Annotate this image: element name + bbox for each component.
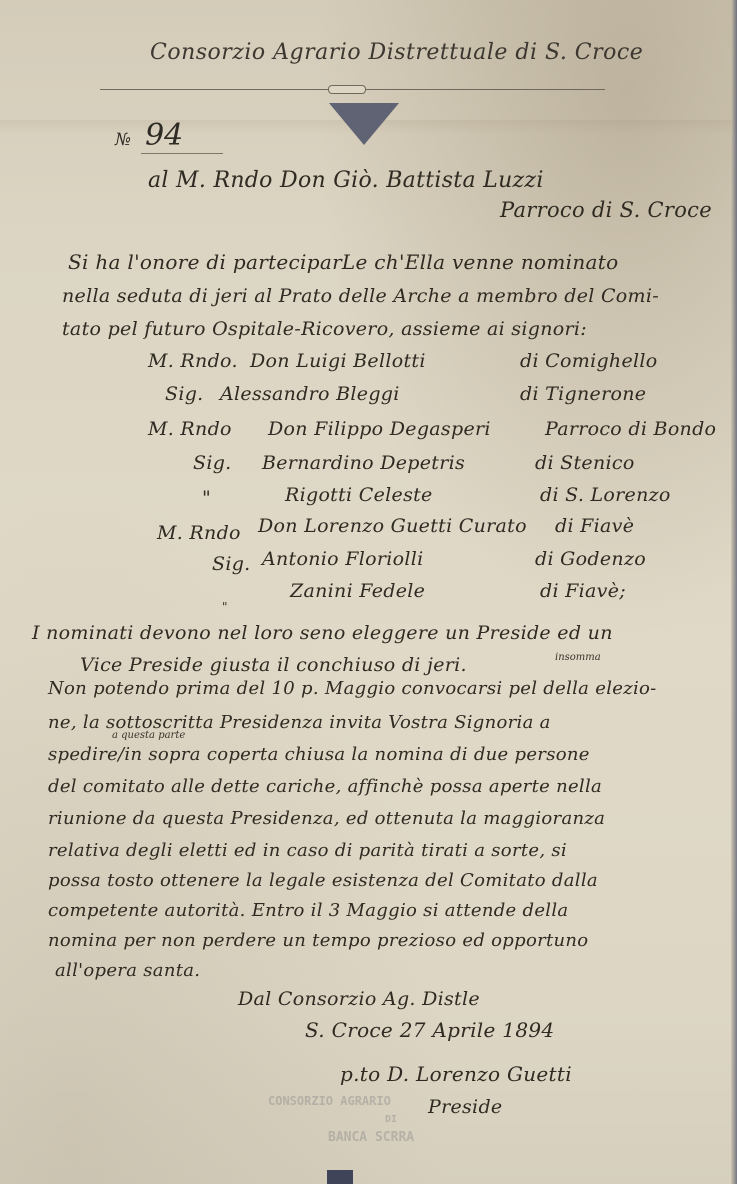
- ditto-mark: ": [222, 600, 228, 614]
- member-name: Don Filippo Degasperi: [268, 418, 491, 440]
- body-line: I nominati devono nel loro seno eleggere…: [32, 622, 613, 644]
- member-place: di Fiavè;: [540, 580, 626, 602]
- member-place: di Godenzo: [535, 548, 646, 570]
- number-label: №: [115, 130, 131, 150]
- member-name: Don Lorenzo Guetti Curato: [258, 515, 527, 537]
- stamp-line: BANCA SCRRA: [328, 1130, 414, 1145]
- stamp-line: DI: [385, 1114, 397, 1125]
- body-intro-line: nella seduta di jeri al Prato delle Arch…: [62, 285, 659, 307]
- member-title: ": [202, 487, 211, 509]
- member-place: Parroco di Bondo: [545, 418, 716, 440]
- body-line: competente autorità. Entro il 3 Maggio s…: [48, 900, 568, 921]
- body-line: possa tosto ottenere la legale esistenza…: [48, 870, 598, 891]
- member-title: M. Rndo.: [148, 350, 238, 372]
- member-title: M. Rndo: [157, 522, 241, 544]
- member-name: Antonio Floriolli: [262, 548, 423, 570]
- member-title: M. Rndo: [148, 418, 232, 440]
- insert-note: insomma: [555, 652, 601, 663]
- addressee-line-1: al M. Rndo Don Giò. Battista Luzzi: [148, 168, 544, 193]
- document-number: №94: [115, 118, 223, 153]
- signature: p.to D. Lorenzo Guetti: [340, 1062, 572, 1086]
- binder-notch-bottom-icon: [327, 1170, 353, 1184]
- insert-note: a questa parte: [112, 730, 185, 741]
- member-name: Alessandro Bleggi: [220, 383, 400, 405]
- body-line: relativa degli eletti ed in caso di pari…: [48, 840, 567, 861]
- member-name: Bernardino Depetris: [262, 452, 465, 474]
- binder-notch-icon: [329, 103, 399, 145]
- number-value: 94: [141, 118, 223, 154]
- body-intro-line: Si ha l'onore di parteciparLe ch'Ella ve…: [68, 250, 618, 274]
- member-title: Sig.: [165, 383, 204, 405]
- member-place: di Stenico: [535, 452, 635, 474]
- rule-ornament-icon: [328, 85, 366, 94]
- member-name: Zanini Fedele: [290, 580, 425, 602]
- body-line: riunione da questa Presidenza, ed ottenu…: [48, 808, 605, 829]
- member-place: di Tignerone: [520, 383, 646, 405]
- closing-date: S. Croce 27 Aprile 1894: [305, 1018, 554, 1042]
- member-name: Rigotti Celeste: [285, 484, 433, 506]
- letterhead-title: Consorzio Agrario Distrettuale di S. Cro…: [150, 40, 643, 65]
- member-place: di Fiavè: [555, 515, 634, 537]
- body-line: spedire/in sopra coperta chiusa la nomin…: [48, 744, 590, 765]
- body-line: Non potendo prima del 10 p. Maggio convo…: [48, 678, 657, 699]
- addressee-line-2: Parroco di S. Croce: [500, 198, 712, 222]
- member-name: Don Luigi Bellotti: [250, 350, 426, 372]
- stamp-line: CONSORZIO AGRARIO: [268, 1094, 391, 1108]
- body-intro-line: tato pel futuro Ospitale-Ricovero, assie…: [62, 318, 587, 340]
- page-edge: [731, 0, 737, 1184]
- closing-line: Dal Consorzio Ag. Distle: [238, 988, 480, 1010]
- body-line: all'opera santa.: [55, 960, 200, 981]
- member-title: Sig.: [212, 553, 251, 575]
- signature-role: Preside: [428, 1096, 502, 1118]
- member-title: Sig.: [193, 452, 232, 474]
- member-place: di S. Lorenzo: [540, 484, 671, 506]
- body-line: Vice Preside giusta il conchiuso di jeri…: [80, 654, 467, 676]
- letter-page: Consorzio Agrario Distrettuale di S. Cro…: [0, 0, 737, 1184]
- body-line: del comitato alle dette cariche, affinch…: [48, 776, 602, 797]
- member-place: di Comighello: [520, 350, 657, 372]
- body-line: nomina per non perdere un tempo prezioso…: [48, 930, 588, 951]
